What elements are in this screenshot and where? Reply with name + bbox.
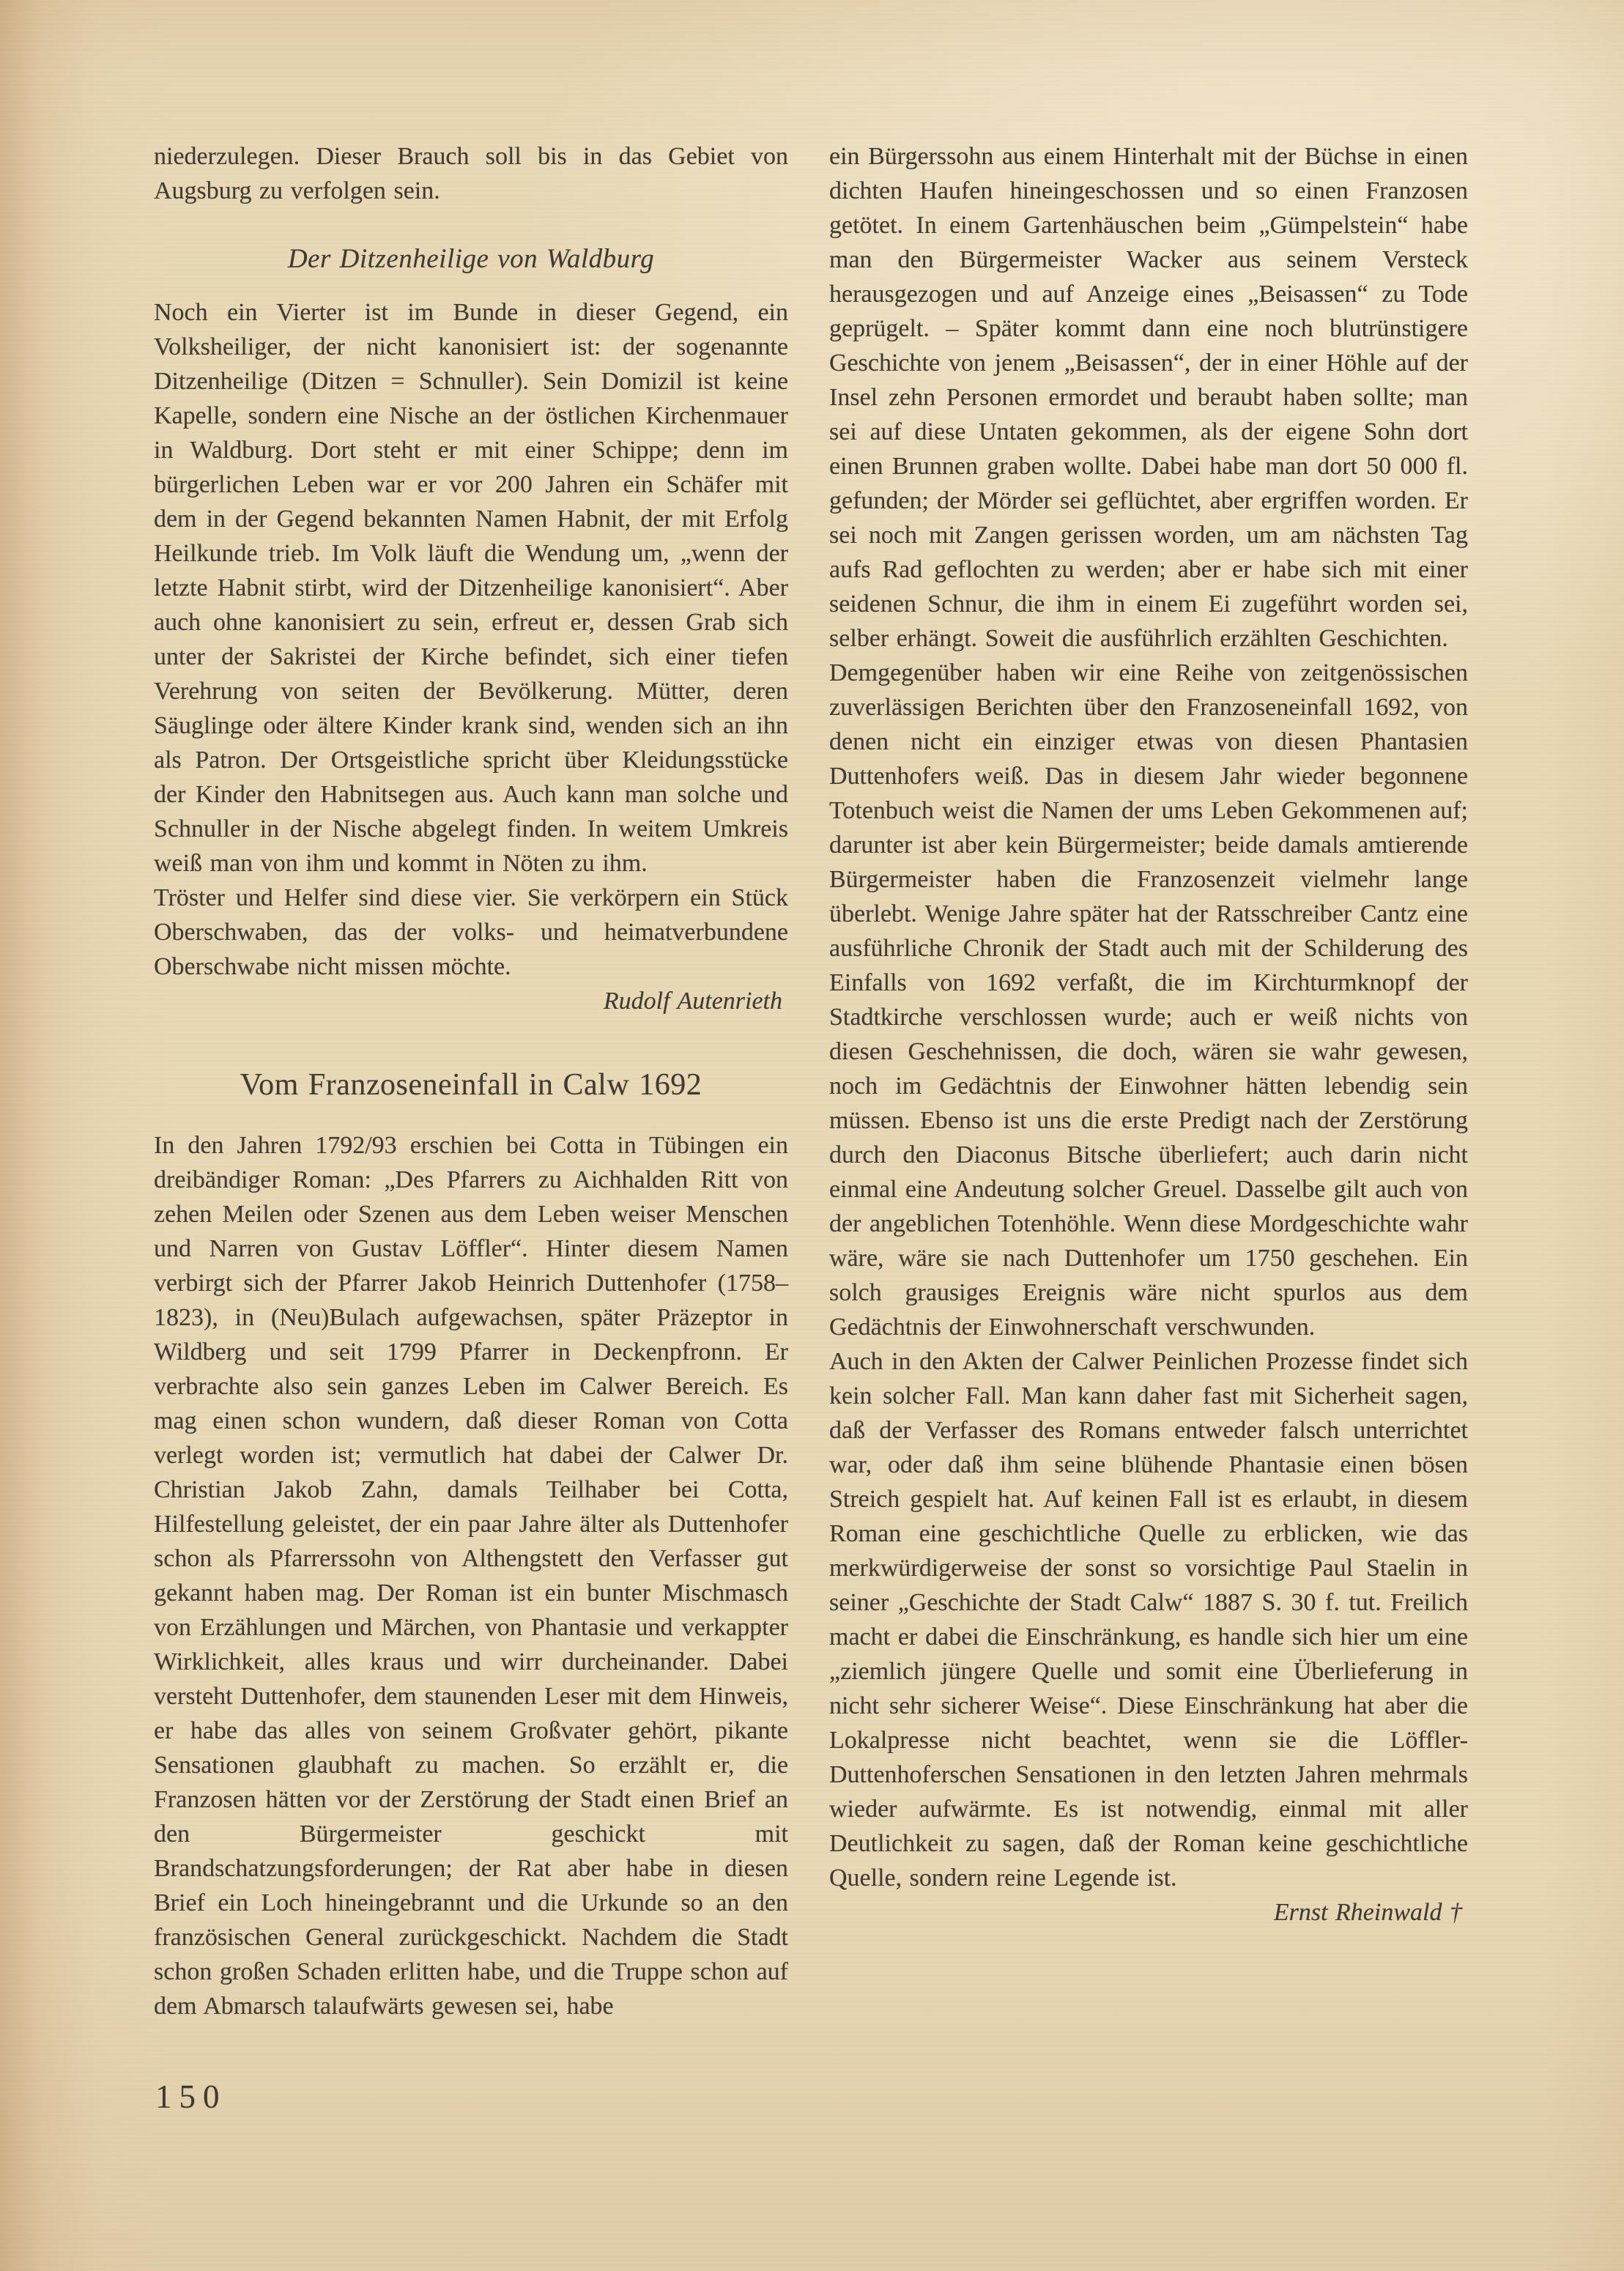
paragraph: Noch ein Vierter ist im Bunde in dieser … [154,295,788,881]
paragraph: ein Bürgerssohn aus einem Hinterhalt mit… [829,139,1468,656]
page-number: 150 [155,2078,227,2116]
book-page: niederzulegen. Dieser Brauch soll bis in… [0,0,1624,2271]
article-title-franzoseneinfall: Vom Franzoseneinfall in Calw 1692 [154,1067,788,1103]
paragraph: Auch in den Akten der Calwer Peinlichen … [829,1344,1468,1895]
paragraph: Tröster und Helfer sind diese vier. Sie … [154,881,788,984]
paragraph: Demgegenüber haben wir eine Reihe von ze… [829,656,1468,1344]
right-column: ein Bürgerssohn aus einem Hinterhalt mit… [829,139,1468,1930]
left-column: niederzulegen. Dieser Brauch soll bis in… [154,139,788,2023]
section-heading-ditzenheilige: Der Ditzenheilige von Waldburg [154,242,788,276]
author-signature-rheinwald: Ernst Rheinwald † [829,1895,1468,1930]
paragraph: In den Jahren 1792/93 erschien bei Cotta… [154,1128,788,2023]
author-signature-autenrieth: Rudolf Autenrieth [154,984,788,1018]
intro-paragraph: niederzulegen. Dieser Brauch soll bis in… [154,139,788,208]
